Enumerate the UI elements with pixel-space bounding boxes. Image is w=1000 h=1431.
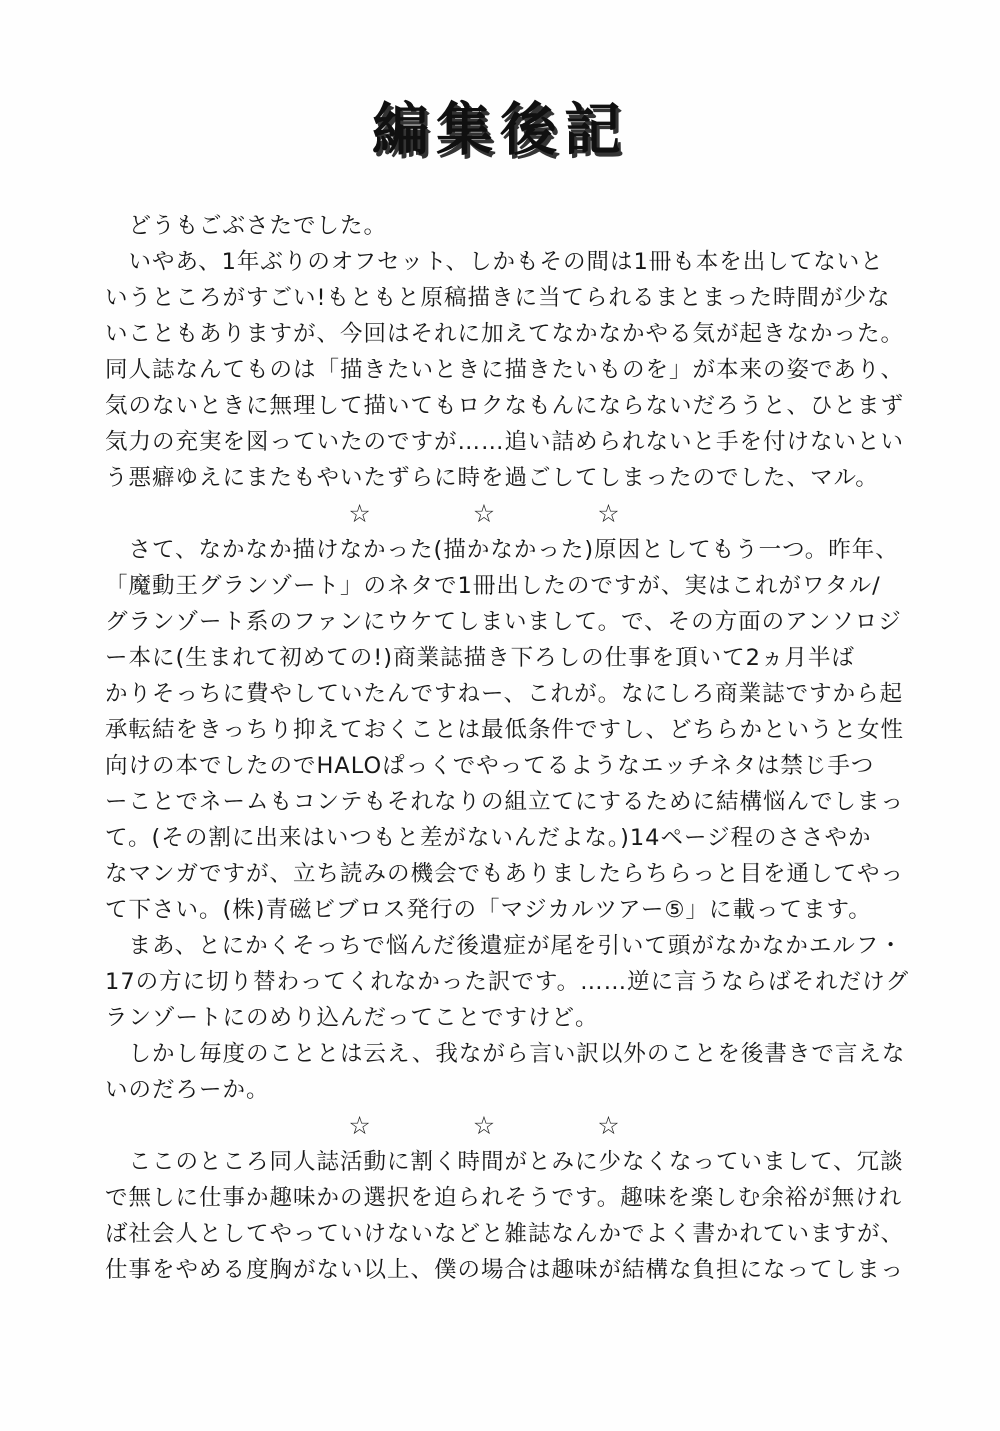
scanned-afterword-page: 編集後記 どうもごぶさたでした。 いやあ、1年ぶりのオフセット、しかもその間は1… [0, 0, 1000, 1431]
star-icon: ☆ [348, 1108, 370, 1144]
text-line: なマンガですが、立ち読みの機会でもありましたらちらっと目を通してやっ [105, 856, 895, 892]
text-line: ーことでネームもコンテもそれなりの組立てにするために結構悩んでしまっ [105, 784, 895, 820]
text-line: いのだろーか。 [105, 1072, 895, 1108]
text-line: て。(その割に出来はいつもと差がないんだよな。)14ページ程のささやか [105, 820, 895, 856]
star-icon: ☆ [597, 1108, 619, 1144]
text-line: グランゾート系のファンにウケてしまいまして。で、その方面のアンソロジ [105, 604, 895, 640]
text-line: 仕事をやめる度胸がない以上、僕の場合は趣味が結構な負担になってしまっ [105, 1252, 895, 1288]
page-title: 編集後記 [0, 0, 1000, 164]
text-line: いやあ、1年ぶりのオフセット、しかもその間は1冊も本を出してないと [105, 244, 895, 280]
text-line: て下さい。(株)青磁ビブロス発行の「マジカルツアー⑤」に載ってます。 [105, 892, 895, 928]
star-icon: ☆ [473, 496, 495, 532]
text-line: 「魔動王グランゾート」のネタで1冊出したのですが、実はこれがワタル/ [105, 568, 895, 604]
star-icon: ☆ [348, 496, 370, 532]
text-line: ば社会人としてやっていけないなどと雑誌なんかでよく書かれていますが、 [105, 1216, 895, 1252]
text-line: 承転結をきっちり抑えておくことは最低条件ですし、どちらかというと女性 [105, 712, 895, 748]
body-text: どうもごぶさたでした。 いやあ、1年ぶりのオフセット、しかもその間は1冊も本を出… [0, 208, 1000, 1288]
star-icon: ☆ [473, 1108, 495, 1144]
text-line: どうもごぶさたでした。 [105, 208, 895, 244]
text-line: 気力の充実を図っていたのですが……追い詰められないと手を付けないとい [105, 424, 895, 460]
text-line: 同人誌なんてものは「描きたいときに描きたいものを」が本来の姿であり、 [105, 352, 895, 388]
text-line: ー本に(生まれて初めての!)商業誌描き下ろしの仕事を頂いて2ヵ月半ば [105, 640, 895, 676]
text-line: いうところがすごい!もともと原稿描きに当てられるまとまった時間が少な [105, 280, 895, 316]
text-line: しかし毎度のこととは云え、我ながら言い訳以外のことを後書きで言えな [105, 1036, 895, 1072]
text-line: かりそっちに費やしていたんですねー、これが。なにしろ商業誌ですから起 [105, 676, 895, 712]
text-line: で無しに仕事か趣味かの選択を迫られそうです。趣味を楽しむ余裕が無けれ [105, 1180, 895, 1216]
star-icon: ☆ [597, 496, 619, 532]
text-line: う悪癖ゆえにまたもやいたずらに時を過ごしてしまったのでした、マル。 [105, 460, 895, 496]
text-line: 向けの本でしたのでHALOぱっくでやってるようなエッチネタは禁じ手つ [105, 748, 895, 784]
text-line: ランゾートにのめり込んだってことですけど。 [105, 1000, 895, 1036]
text-line: まあ、とにかくそっちで悩んだ後遺症が尾を引いて頭がなかなかエルフ・ [105, 928, 895, 964]
text-line: いこともありますが、今回はそれに加えてなかなかやる気が起きなかった。 [105, 316, 895, 352]
text-line: ここのところ同人誌活動に割く時間がとみに少なくなっていまして、冗談 [105, 1144, 895, 1180]
text-line: 気のないときに無理して描いてもロクなもんにならないだろうと、ひとまず [105, 388, 895, 424]
text-line: さて、なかなか描けなかった(描かなかった)原因としてもう一つ。昨年、 [105, 532, 895, 568]
star-separator: ☆ ☆ ☆ [89, 496, 879, 532]
star-separator: ☆ ☆ ☆ [89, 1108, 879, 1144]
text-line: 17の方に切り替わってくれなかった訳です。……逆に言うならばそれだけグ [105, 964, 895, 1000]
